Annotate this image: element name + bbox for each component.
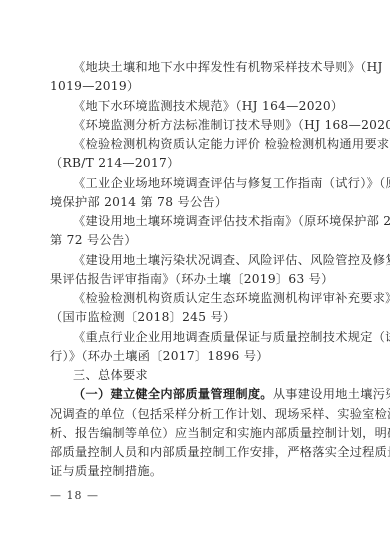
reference-line: 《地块土壤和地下水中挥发性有机物采样技术导则》（HJ	[50, 58, 342, 77]
document-page: 《地块土壤和地下水中挥发性有机物采样技术导则》（HJ 1019—2019） 《地…	[0, 0, 390, 551]
reference-line: 1019—2019）	[50, 77, 342, 96]
paragraph-subheading: （一）建立健全内部质量管理制度。	[73, 387, 273, 401]
reference-line: 果评估报告评审指南》（环办土壤〔2019〕63 号）	[50, 270, 342, 289]
reference-line: 《环境监测分析方法标准制订技术导则》（HJ 168—2020）	[50, 116, 342, 135]
reference-line: 《地下水环境监测技术规范》（HJ 164—2020）	[50, 97, 342, 116]
reference-line: 《检验检测机构资质认定能力评价 检验检测机构通用要求》	[50, 135, 342, 154]
paragraph-first-line: （一）建立健全内部质量管理制度。从事建设用地土壤污染状	[50, 385, 342, 404]
section-heading: 三、总体要求	[50, 366, 342, 385]
reference-line: （国市监检测〔2018〕245 号）	[50, 308, 342, 327]
reference-line: 《检验检测机构资质认定生态环境监测机构评审补充要求》	[50, 289, 342, 308]
reference-line: 《建设用地土壤环境调查评估技术指南》（原环境保护部 2017	[50, 212, 342, 231]
reference-line: 《建设用地土壤污染状况调查、风险评估、风险管控及修复效	[50, 251, 342, 270]
reference-line: 行）》（环办土壤函〔2017〕1896 号）	[50, 347, 342, 366]
reference-line: 《重点行业企业用地调查质量保证与质量控制技术规定（试	[50, 328, 342, 347]
reference-line: （RB/T 214—2017）	[50, 154, 342, 173]
paragraph-line: 部质量控制人员和内部质量控制工作安排，严格落实全过程质量保	[50, 443, 342, 462]
paragraph-line: 证与质量控制措施。	[50, 462, 342, 481]
document-body: 《地块土壤和地下水中挥发性有机物采样技术导则》（HJ 1019—2019） 《地…	[50, 58, 342, 482]
paragraph-line: 况调查的单位（包括采样分析工作计划、现场采样、实验室检测分	[50, 405, 342, 424]
reference-line: 境保护部 2014 第 78 号公告）	[50, 193, 342, 212]
page-number: — 18 —	[50, 489, 99, 502]
reference-line: 第 72 号公告）	[50, 231, 342, 250]
paragraph-line: 析、报告编制等单位）应当制定和实施内部质量控制计划，明确内	[50, 424, 342, 443]
reference-line: 《工业企业场地环境调查评估与修复工作指南（试行）》（原环	[50, 174, 342, 193]
paragraph-text: 从事建设用地土壤污染状	[273, 387, 390, 401]
